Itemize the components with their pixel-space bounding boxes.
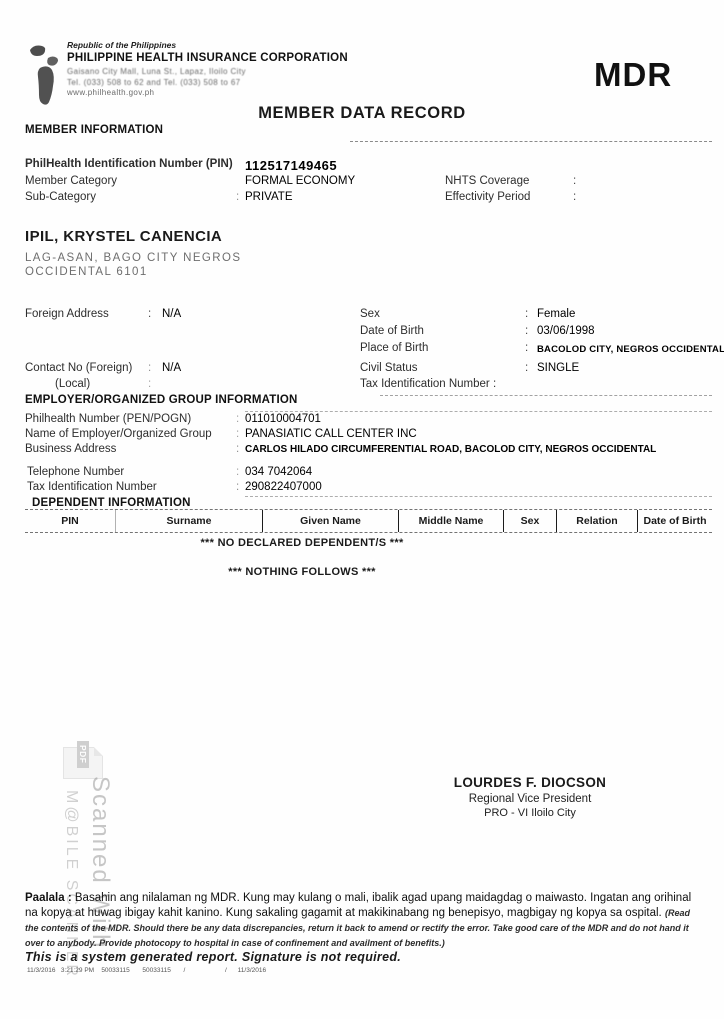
- foreign-address-row: Foreign Address : N/A Sex : Female: [0, 308, 724, 324]
- member-category-value: FORMAL ECONOMY: [245, 175, 355, 187]
- sex-value: Female: [537, 308, 575, 320]
- office-address-line: Gaisano City Mall, Luna St., Lapaz, Iloi…: [67, 67, 487, 76]
- employer-tin-colon: :: [236, 481, 239, 493]
- employer-name-row: Name of Employer/Organized Group : PANAS…: [0, 428, 724, 444]
- contact-local-colon: :: [148, 378, 151, 390]
- column-header-middle-name: Middle Name: [398, 510, 503, 532]
- scan-artifact-line: [350, 141, 712, 142]
- dependent-information-heading: DEPENDENT INFORMATION: [32, 497, 191, 509]
- contact-foreign-colon: :: [148, 362, 151, 374]
- telephone-number-label: Telephone Number: [27, 466, 124, 478]
- scan-artifact-line: [245, 411, 712, 412]
- foreign-address-label: Foreign Address: [25, 308, 109, 320]
- contact-local-label: (Local): [55, 378, 90, 390]
- contact-foreign-value: N/A: [162, 362, 181, 374]
- contact-foreign-row: Contact No (Foreign) : N/A Civil Status …: [0, 362, 724, 378]
- reminder-tagalog-text: Basahin ang nilalaman ng MDR. Kung may k…: [25, 892, 691, 919]
- scan-artifact-line: [245, 496, 712, 497]
- contact-local-row: (Local) : Tax Identification Number :: [0, 378, 724, 394]
- sex-colon: :: [525, 308, 528, 320]
- date-of-birth-label: Date of Birth: [360, 325, 424, 337]
- employer-information-heading: EMPLOYER/ORGANIZED GROUP INFORMATION: [25, 394, 298, 406]
- website-line: www.philhealth.gov.ph: [67, 88, 487, 97]
- column-header-sex: Sex: [503, 510, 556, 532]
- sub-category-value: PRIVATE: [245, 191, 293, 203]
- member-category-row: Member Category FORMAL ECONOMY NHTS Cove…: [0, 175, 724, 191]
- foreign-address-colon: :: [148, 308, 151, 320]
- pdf-file-shape: [63, 747, 103, 779]
- nhts-coverage-label: NHTS Coverage: [445, 175, 529, 187]
- column-header-given-name: Given Name: [262, 510, 398, 532]
- nothing-follows-note: *** NOTHING FOLLOWS ***: [0, 566, 604, 578]
- print-meta-line: 11/3/2016 3:21:29 PM 50033115 50033115 /…: [27, 967, 266, 974]
- business-address-value: CARLOS HILADO CIRCUMFERENTIAL ROAD, BACO…: [245, 444, 656, 455]
- sub-category-colon: :: [236, 191, 239, 203]
- pin-label: PhilHealth Identification Number (PIN): [25, 158, 233, 170]
- no-dependents-note: *** NO DECLARED DEPENDENT/S ***: [0, 537, 604, 549]
- place-of-birth-colon: :: [525, 342, 528, 354]
- employer-name-label: Name of Employer/Organized Group: [25, 428, 212, 440]
- place-of-birth-row: Place of Birth : BACOLOD CITY, NEGROS OC…: [0, 342, 724, 358]
- place-of-birth-value: BACOLOD CITY, NEGROS OCCIDENTAL: [537, 344, 724, 355]
- tin-label: Tax Identification Number :: [360, 378, 496, 390]
- member-category-label: Member Category: [25, 175, 117, 187]
- member-information-heading: MEMBER INFORMATION: [25, 124, 163, 136]
- business-address-colon: :: [236, 443, 239, 455]
- sex-label: Sex: [360, 308, 380, 320]
- place-of-birth-label: Place of Birth: [360, 342, 428, 354]
- scan-artifact-line: [380, 395, 712, 396]
- column-header-pin: PIN: [25, 510, 115, 532]
- telephone-number-value: 034 7042064: [245, 466, 312, 478]
- philhealth-logo: [28, 42, 68, 106]
- date-of-birth-row: Date of Birth : 03/06/1998: [0, 325, 724, 341]
- civil-status-colon: :: [525, 362, 528, 374]
- mdr-document-page: PDF Scanned With M@BILE SCANNER Republic…: [0, 0, 724, 1019]
- date-of-birth-value: 03/06/1998: [537, 325, 595, 337]
- business-address-label: Business Address: [25, 443, 116, 455]
- employer-number-label: Philhealth Number (PEN/POGN): [25, 413, 191, 425]
- employer-number-row: Philhealth Number (PEN/POGN) : 011010004…: [0, 413, 724, 429]
- business-address-row: Business Address : CARLOS HILADO CIRCUMF…: [0, 443, 724, 459]
- sub-category-label: Sub-Category: [25, 191, 96, 203]
- reminder-paragraph: Paalala : Basahin ang nilalaman ng MDR. …: [25, 891, 703, 951]
- civil-status-value: SINGLE: [537, 362, 579, 374]
- foreign-address-value: N/A: [162, 308, 181, 320]
- civil-status-label: Civil Status: [360, 362, 418, 374]
- dependent-table-header: PIN Surname Given Name Middle Name Sex R…: [25, 509, 712, 533]
- pin-row: PhilHealth Identification Number (PIN) 1…: [0, 158, 724, 174]
- telephone-number-colon: :: [236, 466, 239, 478]
- pdf-file-fold: [94, 747, 103, 756]
- document-code: MDR: [594, 56, 672, 94]
- organization-name: PHILIPPINE HEALTH INSURANCE CORPORATION: [67, 52, 487, 65]
- signatory-name: LOURDES F. DIOCSON: [400, 775, 660, 790]
- reminder-label: Paalala :: [25, 892, 72, 904]
- letterhead: Republic of the Philippines PHILIPPINE H…: [67, 41, 487, 98]
- employer-tin-value: 290822407000: [245, 481, 322, 493]
- pin-value: 112517149465: [245, 158, 337, 173]
- member-address-line1: LAG-ASAN, BAGO CITY NEGROS: [25, 252, 241, 264]
- pdf-file-icon: PDF: [63, 741, 103, 787]
- member-name: IPIL, KRYSTEL CANENCIA: [25, 228, 222, 245]
- employer-name-value: PANASIATIC CALL CENTER INC: [245, 428, 417, 440]
- nhts-coverage-colon: :: [573, 175, 576, 187]
- signatory-title: Regional Vice President: [400, 793, 660, 805]
- column-header-date-of-birth: Date of Birth: [637, 510, 712, 532]
- office-phone-line: Tel. (033) 508 to 62 and Tel. (033) 508 …: [67, 78, 487, 87]
- effectivity-period-label: Effectivity Period: [445, 191, 530, 203]
- sub-category-row: Sub-Category : PRIVATE Effectivity Perio…: [0, 191, 724, 207]
- effectivity-period-colon: :: [573, 191, 576, 203]
- employer-tin-label: Tax Identification Number: [27, 481, 157, 493]
- signatory-office: PRO - VI Iloilo City: [400, 807, 660, 819]
- republic-line: Republic of the Philippines: [67, 41, 487, 51]
- column-header-surname: Surname: [115, 510, 262, 532]
- employer-number-colon: :: [236, 413, 239, 425]
- system-generated-note: This is a system generated report. Signa…: [25, 950, 401, 964]
- pdf-badge-label: PDF: [77, 741, 89, 768]
- employer-tin-row: Tax Identification Number : 290822407000: [0, 481, 724, 497]
- member-address-line2: OCCIDENTAL 6101: [25, 266, 148, 278]
- employer-name-colon: :: [236, 428, 239, 440]
- telephone-number-row: Telephone Number : 034 7042064: [0, 466, 724, 482]
- contact-foreign-label: Contact No (Foreign): [25, 362, 132, 374]
- date-of-birth-colon: :: [525, 325, 528, 337]
- employer-number-value: 011010004701: [245, 413, 321, 425]
- column-header-relation: Relation: [556, 510, 637, 532]
- signatory-block: LOURDES F. DIOCSON Regional Vice Preside…: [400, 775, 660, 819]
- document-title: MEMBER DATA RECORD: [0, 104, 724, 123]
